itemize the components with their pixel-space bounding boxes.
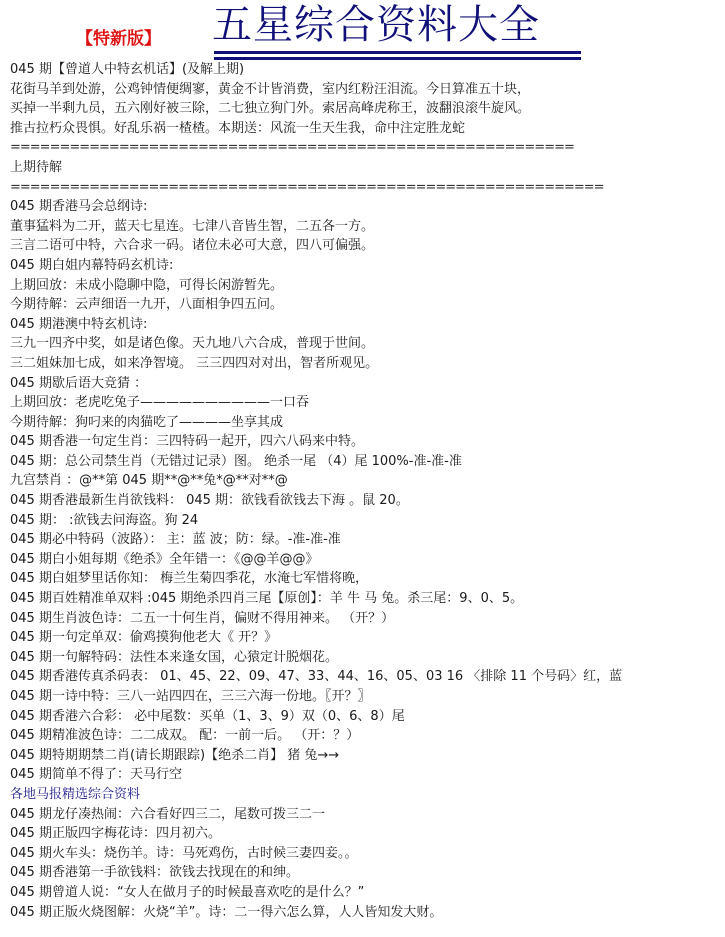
subsection-label: 各地马报精选综合资料 xyxy=(10,785,725,805)
entry-line: 045 期龙仔凑热闹：六合看好四三二，尾数可拨三二一 xyxy=(10,805,725,825)
entry-line: 上期回放：未成小隐聊中隐，可得长闲游暂先。 xyxy=(10,276,725,296)
page-title: 五星综合资料大全 xyxy=(212,2,540,48)
entry-line: 045 期火车头：烧伤羊。诗：马死鸡伤，古时候三妻四妾。。 xyxy=(10,844,725,864)
entry-line: 三九一四齐中奖，如是诸色像。天九地八六合成，普现于世间。 xyxy=(10,334,725,354)
entry-line: 045 期曾道人说：“女人在做月子的时候最喜欢吃的是什么？” xyxy=(10,883,725,903)
entry-line: 045 期生肖波色诗：二五一十何生肖，偏财不得用神来。 （开？） xyxy=(10,609,725,629)
entry-line: 三二姐妹加七成，如来净智境。 三三四四对对出，智者所观见。 xyxy=(10,354,725,374)
entry-line: 045 期一句定单双：偷鸡摸狗他老大《 开？》 xyxy=(10,628,725,648)
entry-line: 045 期香港一句定生肖：三四特码一起开，四六八码来中特。 xyxy=(10,432,725,452)
entry-line: 045 期：总公司禁生肖（无错过记录）图。 绝杀一尾 （4）尾 100%-准-准… xyxy=(10,452,725,472)
intro-line: 推古拉朽众畏惧。好乱乐祸一楂楂。本期送：风流一生天生我，命中注定胜龙蛇 xyxy=(10,119,725,139)
document-body: 045 期【曾道人中特玄机话】(及解上期) 花街马羊到处游，公鸡钟情便绸寥，黄金… xyxy=(10,60,725,922)
separator: ========================================… xyxy=(10,138,605,158)
entry-line: 045 期精准波色诗：二二成双。 配：一前一后。 （开：？） xyxy=(10,726,725,746)
entry-line: 今期待解：狗叼来的肉猫吃了————坐享其成 xyxy=(10,413,725,433)
intro-line: 买掉一半剩九员，五六刚好被三除，二七独立狗门外。索居高峰虎称王，波翻浪滚牛旋风。 xyxy=(10,99,725,119)
entry-line: 今期待解：云声细语一九开，八面相争四五问。 xyxy=(10,295,725,315)
entry-line: 045 期特期期禁二肖(请长期跟踪)【绝杀二肖】 猪 兔→→ xyxy=(10,746,725,766)
entry-line: 045 期： :欲钱去问海盗。狗 24 xyxy=(10,511,725,531)
intro-heading: 045 期【曾道人中特玄机话】(及解上期) xyxy=(10,60,725,80)
entry-line: 董事猛料为二开，蓝天七星连。七津八音皆生智，二五各一方。 xyxy=(10,217,725,237)
entry-line: 九宫禁肖 ：@**第 045 期**@**兔*@**对**@ xyxy=(10,471,725,491)
entry-line: 045 期香港第一手欲钱料：欲钱去找现在的和绅。 xyxy=(10,863,725,883)
entry-line: 045 期香港六合彩： 必中尾数：买单（1、3、9）双（0、6、8）尾 xyxy=(10,707,725,727)
entry-line: 045 期香港马会总纲诗: xyxy=(10,197,725,217)
entry-line: 045 期正版四字梅花诗：四月初六。 xyxy=(10,824,725,844)
entry-line: 三言二语可中特，六合求一码。诸位未必可大意，四八可偏强。 xyxy=(10,236,725,256)
entry-line: 045 期正版火烧图解：火烧“羊”。诗：二一得六怎么算，人人皆知发大财。 xyxy=(10,903,725,923)
entry-line: 045 期香港最新生肖欲钱料： 045 期：欲钱看欲钱去下海 。鼠 20。 xyxy=(10,491,725,511)
entry-line: 045 期一句解特码：法性本来逢女国，心猿定计脱烟花。 xyxy=(10,648,725,668)
edition-badge: 【特新版】 xyxy=(76,24,161,49)
entry-line: 045 期白姐内幕特码玄机诗: xyxy=(10,256,725,276)
title-underline xyxy=(214,51,581,54)
entry-line: 045 期一诗中特：三八一站四四在，三三六海一份地。〖开？〗 xyxy=(10,687,725,707)
entry-line: 045 期歇后语大竞猜 ： xyxy=(10,374,725,394)
entry-line: 045 期百姓精准单双料 :045 期绝杀四肖三尾【原创】：羊 牛 马 兔。杀三… xyxy=(10,589,725,609)
separator: ========================================… xyxy=(10,178,618,198)
entry-line: 045 期简单不得了：天马行空 xyxy=(10,765,725,785)
page-header: 【特新版】 五星综合资料大全 xyxy=(0,0,725,60)
entry-line: 上期回放：老虎吃兔子——————————一口吞 xyxy=(10,393,725,413)
entry-line: 045 期白小姐每期《绝杀》全年错一：《@@羊@@》 xyxy=(10,550,725,570)
entry-line: 045 期香港传真杀码表： 01、45、22、09、47、33、44、16、05… xyxy=(10,667,725,687)
intro-line: 花街马羊到处游，公鸡钟情便绸寥，黄金不计皆消费，室内红粉汪泪流。今日算准五十块， xyxy=(10,80,725,100)
section-label: 上期待解 xyxy=(10,158,725,178)
entry-line: 045 期港澳中特玄机诗: xyxy=(10,315,725,335)
entry-line: 045 期必中特码（波路）： 主：蓝 波；防：绿。-准-准-准 xyxy=(10,530,725,550)
entry-line: 045 期白姐梦里话你知： 梅兰生菊四季花，水淹七军惜将晚， xyxy=(10,569,725,589)
